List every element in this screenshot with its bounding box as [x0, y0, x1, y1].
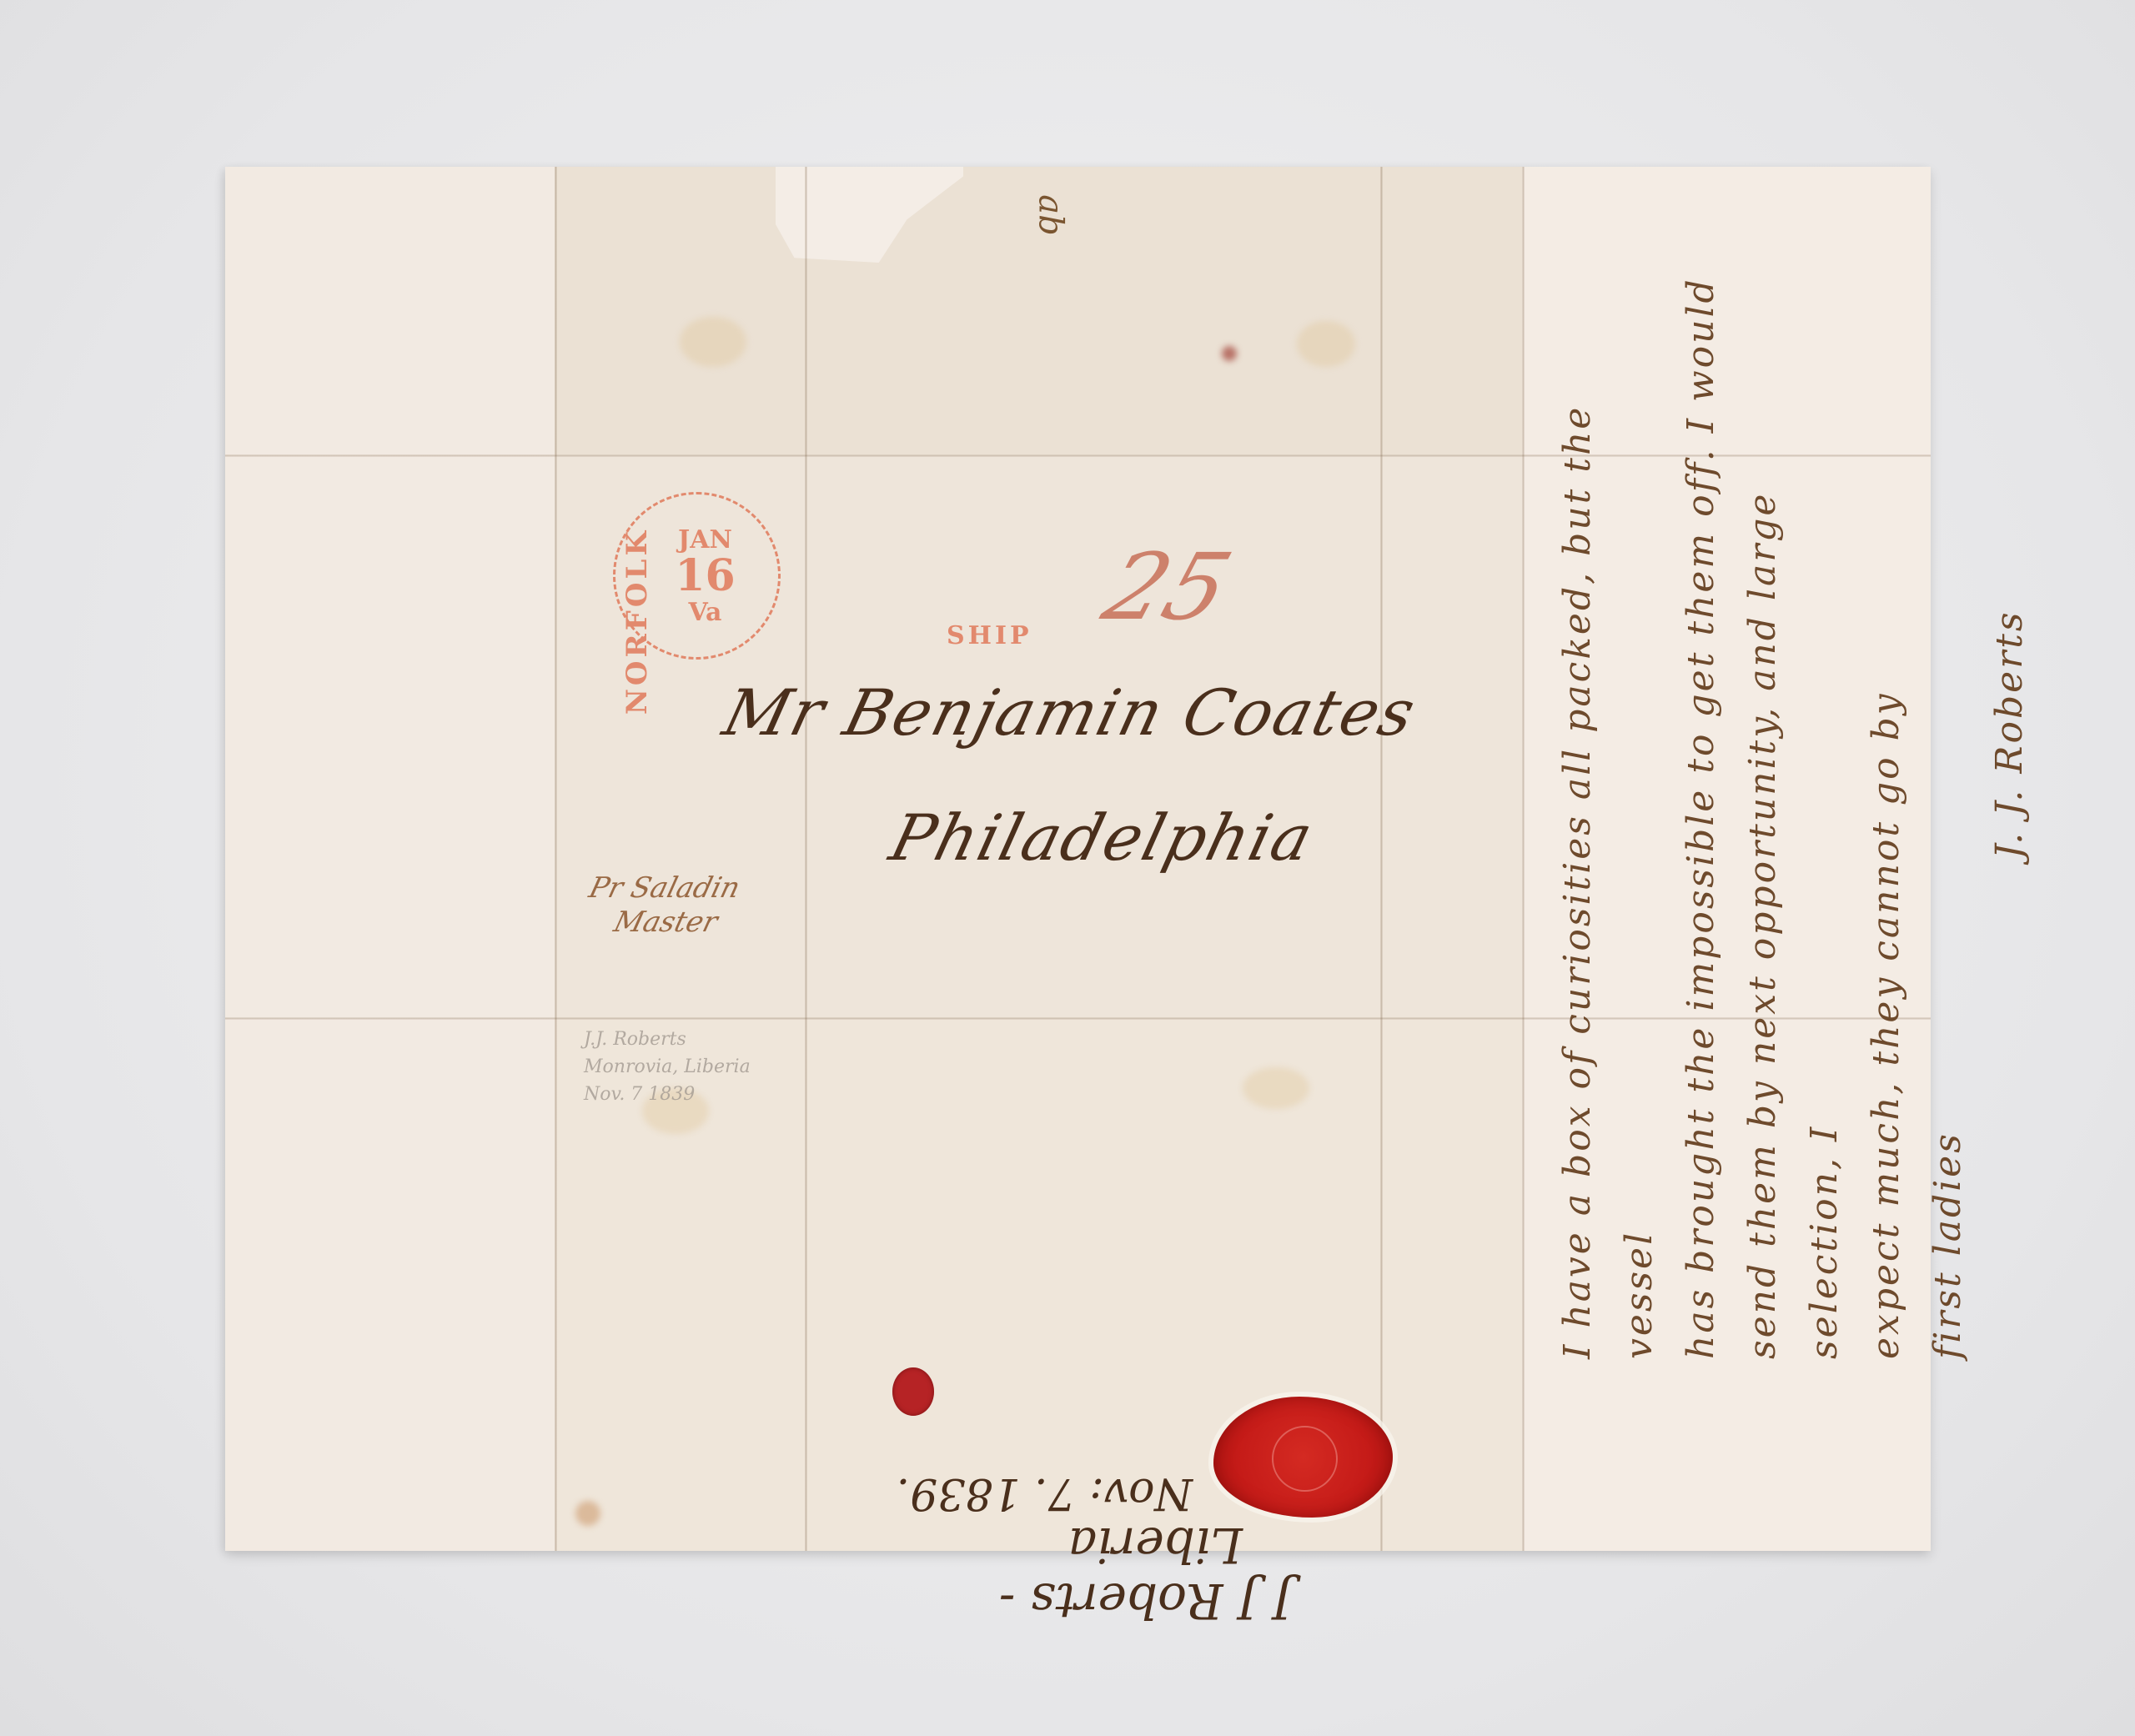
postmark-state: Va — [689, 598, 722, 627]
fold-line — [1522, 167, 1525, 1551]
side-note: I have a box of curiosities all packed, … — [1547, 275, 1897, 1359]
fold-line — [1380, 167, 1383, 1551]
postmark: NORFOLK JAN 16 Va — [613, 492, 781, 660]
age-stain — [680, 317, 746, 367]
address-name: Mr Benjamin Coates — [716, 675, 1424, 750]
age-stain — [575, 1501, 600, 1526]
folded-letter: ab NORFOLK JAN 16 Va SHIP 25 Mr Benjamin… — [225, 167, 1931, 1551]
pencil-note: J.J. Roberts Monrovia, Liberia Nov. 7 18… — [584, 1026, 751, 1108]
postmark-city: NORFOLK — [620, 528, 654, 715]
ink-spot — [1222, 346, 1237, 361]
docket-place: Liberia — [826, 1518, 1293, 1573]
left-panel — [225, 167, 555, 1551]
docket-sender: J J Roberts - — [826, 1573, 1293, 1628]
fold-line — [555, 167, 557, 1551]
docket: J J Roberts - Liberia Nov: 7. 1839. — [826, 1468, 1293, 1628]
top-fragment-text: ab — [1027, 194, 1074, 235]
via-note: Pr Saladin Master — [577, 871, 744, 940]
ship-stamp: SHIP — [947, 621, 1032, 650]
address-city: Philadelphia — [883, 800, 1321, 875]
side-note-signature: J. J. Roberts — [1979, 275, 2041, 859]
age-stain — [1243, 1067, 1309, 1109]
fold-line — [805, 167, 807, 1551]
age-stain — [1297, 321, 1355, 367]
postmark-day: 16 — [675, 554, 735, 598]
docket-date: Nov: 7. 1839. — [826, 1468, 1293, 1518]
wax-dot — [892, 1367, 934, 1416]
